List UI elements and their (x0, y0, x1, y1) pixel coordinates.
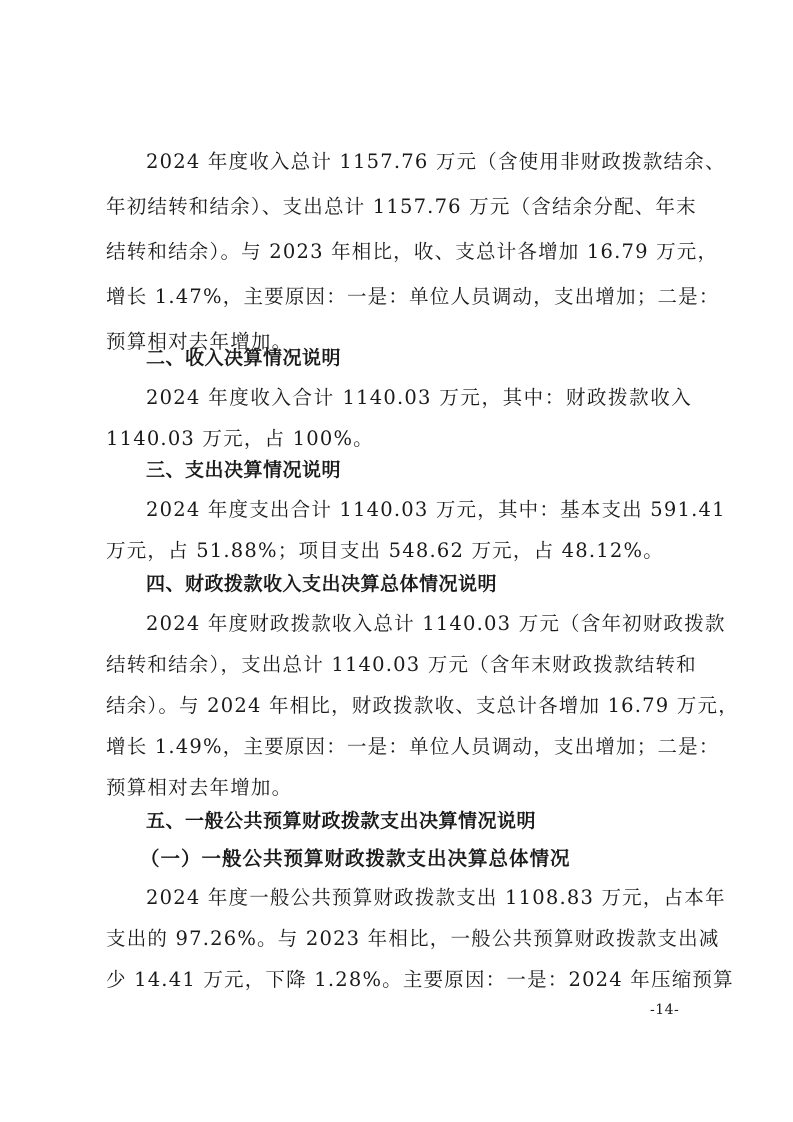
section-heading-expense: 三、支出决算情况说明 (146, 454, 341, 486)
paragraph-line: 2024 年度支出合计 1140.03 万元，其中：基本支出 591.41 (146, 494, 692, 526)
paragraph-line: 万元，占 51.88%；项目支出 548.62 万元，占 48.12%。 (106, 535, 664, 567)
paragraph-line: 结余）。与 2024 年相比，财政拨款收、支总计各增加 16.79 万元， (106, 690, 692, 722)
paragraph-line: 增长 1.47%，主要原因：一是：单位人员调动，支出增加；二是： (106, 281, 692, 313)
paragraph-line: 增长 1.49%，主要原因：一是：单位人员调动，支出增加；二是： (106, 731, 692, 763)
paragraph-line: 1140.03 万元，占 100%。 (106, 423, 374, 455)
section-heading-income: 二、收入决算情况说明 (146, 342, 341, 374)
paragraph-line: 支出的 97.26%。与 2023 年相比，一般公共预算财政拨款支出减 (106, 923, 692, 955)
paragraph-line: 年初结转和结余）、支出总计 1157.76 万元（含结余分配、年末 (106, 191, 692, 223)
paragraph-line: 结转和结余）。与 2023 年相比，收、支总计各增加 16.79 万元， (106, 236, 692, 268)
page-number: -14- (650, 1002, 679, 1018)
paragraph-line: 2024 年度财政拨款收入总计 1140.03 万元（含年初财政拨款 (146, 608, 692, 640)
section-heading-general-budget: 五、一般公共预算财政拨款支出决算情况说明 (146, 805, 536, 837)
subsection-heading: （一）一般公共预算财政拨款支出决算总体情况 (140, 843, 571, 875)
paragraph-line: 2024 年度收入总计 1157.76 万元（含使用非财政拨款结余、 (146, 146, 692, 178)
paragraph-line: 结转和结余），支出总计 1140.03 万元（含年末财政拨款结转和 (106, 649, 692, 681)
paragraph-line: 少 14.41 万元，下降 1.28%。主要原因：一是：2024 年压缩预算 (106, 964, 692, 996)
paragraph-line: 2024 年度一般公共预算财政拨款支出 1108.83 万元，占本年 (146, 882, 692, 914)
paragraph-line: 2024 年度收入合计 1140.03 万元，其中：财政拨款收入 (146, 382, 692, 414)
paragraph-line: 预算相对去年增加。 (106, 772, 292, 804)
section-heading-fiscal-overall: 四、财政拨款收入支出决算总体情况说明 (146, 568, 497, 600)
